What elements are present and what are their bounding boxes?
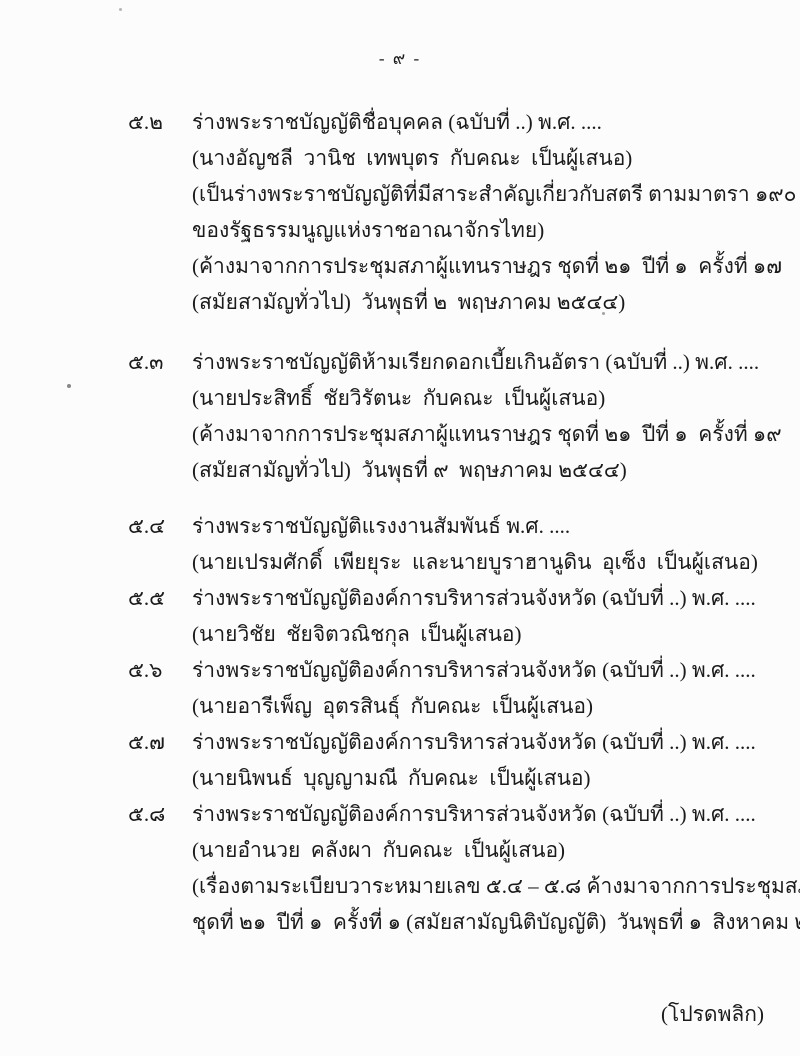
item-lines: ร่างพระราชบัญญัติห้ามเรียกดอกเบี้ยเกินอั… (192, 344, 782, 488)
agenda-line: (นายวิชัย ชัยจิตวณิชกุล เป็นผู้เสนอ) (192, 616, 756, 652)
agenda-line: (นายนิพนธ์ บุญญามณี กับคณะ เป็นผู้เสนอ) (192, 760, 756, 796)
item-lines: ร่างพระราชบัญญัติองค์การบริหารส่วนจังหวั… (192, 652, 756, 724)
agenda-line: (ค้างมาจากการประชุมสภาผู้แทนราษฎร ชุดที่… (192, 416, 782, 452)
agenda-item: ๕.๘ ร่างพระราชบัญญัติองค์การบริหารส่วนจั… (128, 796, 800, 940)
document-page: - ๙ - ๕.๒ ร่างพระราชบัญญัติชื่อบุคคล (ฉบ… (0, 0, 800, 1056)
agenda-item: ๕.๓ ร่างพระราชบัญญัติห้ามเรียกดอกเบี้ยเก… (128, 344, 800, 488)
item-number: ๕.๔ (128, 508, 192, 544)
item-number: ๕.๕ (128, 580, 192, 616)
agenda-item: ๕.๔ ร่างพระราชบัญญัติแรงงานสัมพันธ์ พ.ศ.… (128, 508, 800, 580)
agenda-line: (ค้างมาจากการประชุมสภาผู้แทนราษฎร ชุดที่… (192, 248, 796, 284)
agenda-line: (สมัยสามัญทั่วไป) วันพุธที่ ๙ พฤษภาคม ๒๕… (192, 452, 782, 488)
agenda-line: ร่างพระราชบัญญัติแรงงานสัมพันธ์ พ.ศ. ...… (192, 508, 758, 544)
agenda-line: ร่างพระราชบัญญัติองค์การบริหารส่วนจังหวั… (192, 724, 756, 760)
agenda-line: ของรัฐธรรมนูญแห่งราชอาณาจักรไทย) (192, 212, 796, 248)
agenda-line: (นายอำนวย คลังผา กับคณะ เป็นผู้เสนอ) (192, 832, 800, 868)
item-number: ๕.๓ (128, 344, 192, 380)
item-lines: ร่างพระราชบัญญัติองค์การบริหารส่วนจังหวั… (192, 580, 756, 652)
item-lines: ร่างพระราชบัญญัติชื่อบุคคล (ฉบับที่ ..) … (192, 104, 796, 320)
page-number: - ๙ - (0, 45, 800, 72)
scan-speck (67, 384, 71, 388)
agenda-line: (เรื่องตามระเบียบวาระหมายเลข ๕.๔ – ๕.๘ ค… (192, 868, 800, 904)
agenda-line: (เป็นร่างพระราชบัญญัติที่มีสาระสำคัญเกี่… (192, 176, 796, 212)
item-number: ๕.๘ (128, 796, 192, 832)
agenda-item: ๕.๒ ร่างพระราชบัญญัติชื่อบุคคล (ฉบับที่ … (128, 104, 800, 320)
item-lines: ร่างพระราชบัญญัติองค์การบริหารส่วนจังหวั… (192, 724, 756, 796)
turn-page-note: (โปรดพลิก) (661, 998, 764, 1031)
agenda-item: ๕.๕ ร่างพระราชบัญญัติองค์การบริหารส่วนจั… (128, 580, 800, 652)
agenda-line: (นายเปรมศักดิ์ เพียยุระ และนายบูราฮานูดิ… (192, 544, 758, 580)
item-lines: ร่างพระราชบัญญัติแรงงานสัมพันธ์ พ.ศ. ...… (192, 508, 758, 580)
agenda-item: ๕.๗ ร่างพระราชบัญญัติองค์การบริหารส่วนจั… (128, 724, 800, 796)
scan-speck (119, 8, 122, 11)
agenda-list: ๕.๒ ร่างพระราชบัญญัติชื่อบุคคล (ฉบับที่ … (128, 104, 800, 940)
item-number: ๕.๒ (128, 104, 192, 140)
item-lines: ร่างพระราชบัญญัติองค์การบริหารส่วนจังหวั… (192, 796, 800, 940)
agenda-line: ร่างพระราชบัญญัติองค์การบริหารส่วนจังหวั… (192, 580, 756, 616)
agenda-line: (นายอารีเพ็ญ อุตรสินธุ์ กับคณะ เป็นผู้เส… (192, 688, 756, 724)
agenda-line: ร่างพระราชบัญญัติองค์การบริหารส่วนจังหวั… (192, 652, 756, 688)
agenda-line: ร่างพระราชบัญญัติห้ามเรียกดอกเบี้ยเกินอั… (192, 344, 782, 380)
agenda-line: (นายประสิทธิ์ ชัยวิรัตนะ กับคณะ เป็นผู้เ… (192, 380, 782, 416)
scan-speck (602, 312, 605, 315)
agenda-line: ชุดที่ ๒๑ ปีที่ ๑ ครั้งที่ ๑ (สมัยสามัญน… (192, 904, 800, 940)
agenda-line: (นางอัญชลี วานิช เทพบุตร กับคณะ เป็นผู้เ… (192, 140, 796, 176)
agenda-item: ๕.๖ ร่างพระราชบัญญัติองค์การบริหารส่วนจั… (128, 652, 800, 724)
agenda-line: ร่างพระราชบัญญัติชื่อบุคคล (ฉบับที่ ..) … (192, 104, 796, 140)
item-number: ๕.๗ (128, 724, 192, 760)
item-number: ๕.๖ (128, 652, 192, 688)
agenda-line: ร่างพระราชบัญญัติองค์การบริหารส่วนจังหวั… (192, 796, 800, 832)
agenda-line: (สมัยสามัญทั่วไป) วันพุธที่ ๒ พฤษภาคม ๒๕… (192, 284, 796, 320)
